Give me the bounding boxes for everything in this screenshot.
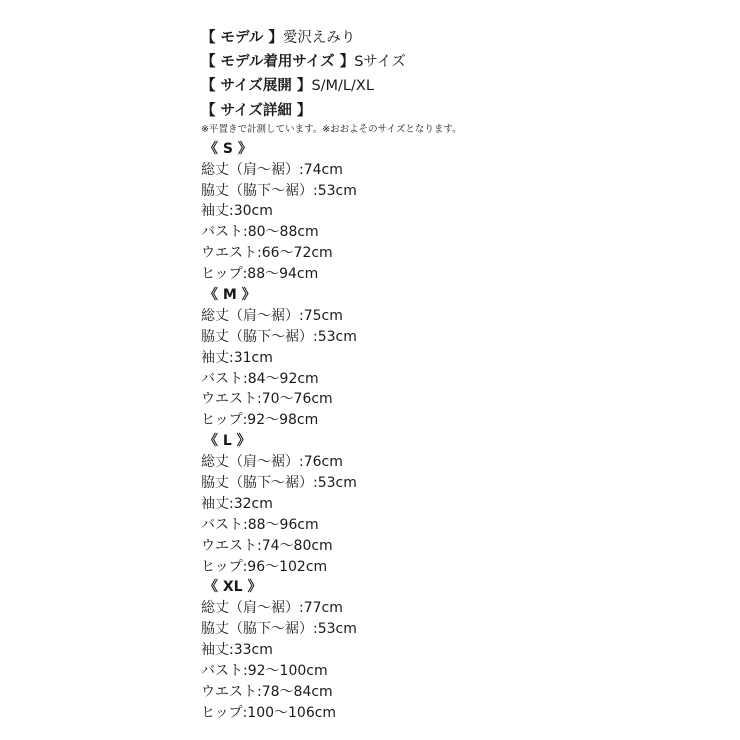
size-row: 袖丈:31cm [201, 348, 701, 369]
size-title: 《 L 》 [201, 431, 701, 452]
size-row: ウエスト:78〜84cm [201, 682, 701, 703]
size-section-m: 《 M 》 総丈（肩〜裾）:75cm 脇丈（脇下〜裾）:53cm 袖丈:31cm… [201, 285, 701, 431]
model-value: 愛沢えみり [283, 30, 356, 46]
measurement-note: ※平置きで計測しています。※おおよそのサイズとなります。 [201, 121, 701, 139]
size-row: ウエスト:70〜76cm [201, 389, 701, 410]
size-section-s: 《 S 》 総丈（肩〜裾）:74cm 脇丈（脇下〜裾）:53cm 袖丈:30cm… [201, 139, 701, 285]
size-detail-line: 【 サイズ詳細 】 [201, 99, 701, 123]
size-row: 総丈（肩〜裾）:77cm [201, 598, 701, 619]
size-row: ヒップ:96〜102cm [201, 557, 701, 578]
model-size-line: 【 モデル着用サイズ 】Sサイズ [201, 50, 701, 74]
model-size-label: 【 モデル着用サイズ 】 [201, 54, 354, 70]
size-row: バスト:80〜88cm [201, 222, 701, 243]
model-line: 【 モデル 】愛沢えみり [201, 26, 701, 50]
size-range-line: 【 サイズ展開 】S/M/L/XL [201, 74, 701, 98]
size-row: バスト:88〜96cm [201, 515, 701, 536]
size-title: 《 M 》 [201, 285, 701, 306]
size-title: 《 XL 》 [201, 577, 701, 598]
size-row: 脇丈（脇下〜裾）:53cm [201, 619, 701, 640]
size-row: 脇丈（脇下〜裾）:53cm [201, 473, 701, 494]
size-row: 袖丈:30cm [201, 201, 701, 222]
size-row: ウエスト:66〜72cm [201, 243, 701, 264]
size-row: 脇丈（脇下〜裾）:53cm [201, 327, 701, 348]
size-row: 袖丈:33cm [201, 640, 701, 661]
size-range-label: 【 サイズ展開 】 [201, 78, 311, 94]
size-section-l: 《 L 》 総丈（肩〜裾）:76cm 脇丈（脇下〜裾）:53cm 袖丈:32cm… [201, 431, 701, 577]
size-row: 総丈（肩〜裾）:76cm [201, 452, 701, 473]
size-row: ヒップ:100〜106cm [201, 703, 701, 724]
size-row: ヒップ:88〜94cm [201, 264, 701, 285]
size-spec-document: 【 モデル 】愛沢えみり 【 モデル着用サイズ 】Sサイズ 【 サイズ展開 】S… [201, 26, 701, 724]
size-row: 脇丈（脇下〜裾）:53cm [201, 181, 701, 202]
size-title: 《 S 》 [201, 139, 701, 160]
size-row: 総丈（肩〜裾）:74cm [201, 160, 701, 181]
size-row: バスト:84〜92cm [201, 369, 701, 390]
size-row: 総丈（肩〜裾）:75cm [201, 306, 701, 327]
size-row: ウエスト:74〜80cm [201, 536, 701, 557]
model-label: 【 モデル 】 [201, 30, 283, 46]
size-row: ヒップ:92〜98cm [201, 410, 701, 431]
model-size-value: Sサイズ [354, 54, 406, 70]
size-section-xl: 《 XL 》 総丈（肩〜裾）:77cm 脇丈（脇下〜裾）:53cm 袖丈:33c… [201, 577, 701, 723]
size-range-value: S/M/L/XL [311, 78, 373, 94]
size-detail-label: 【 サイズ詳細 】 [201, 103, 311, 119]
size-row: バスト:92〜100cm [201, 661, 701, 682]
size-row: 袖丈:32cm [201, 494, 701, 515]
